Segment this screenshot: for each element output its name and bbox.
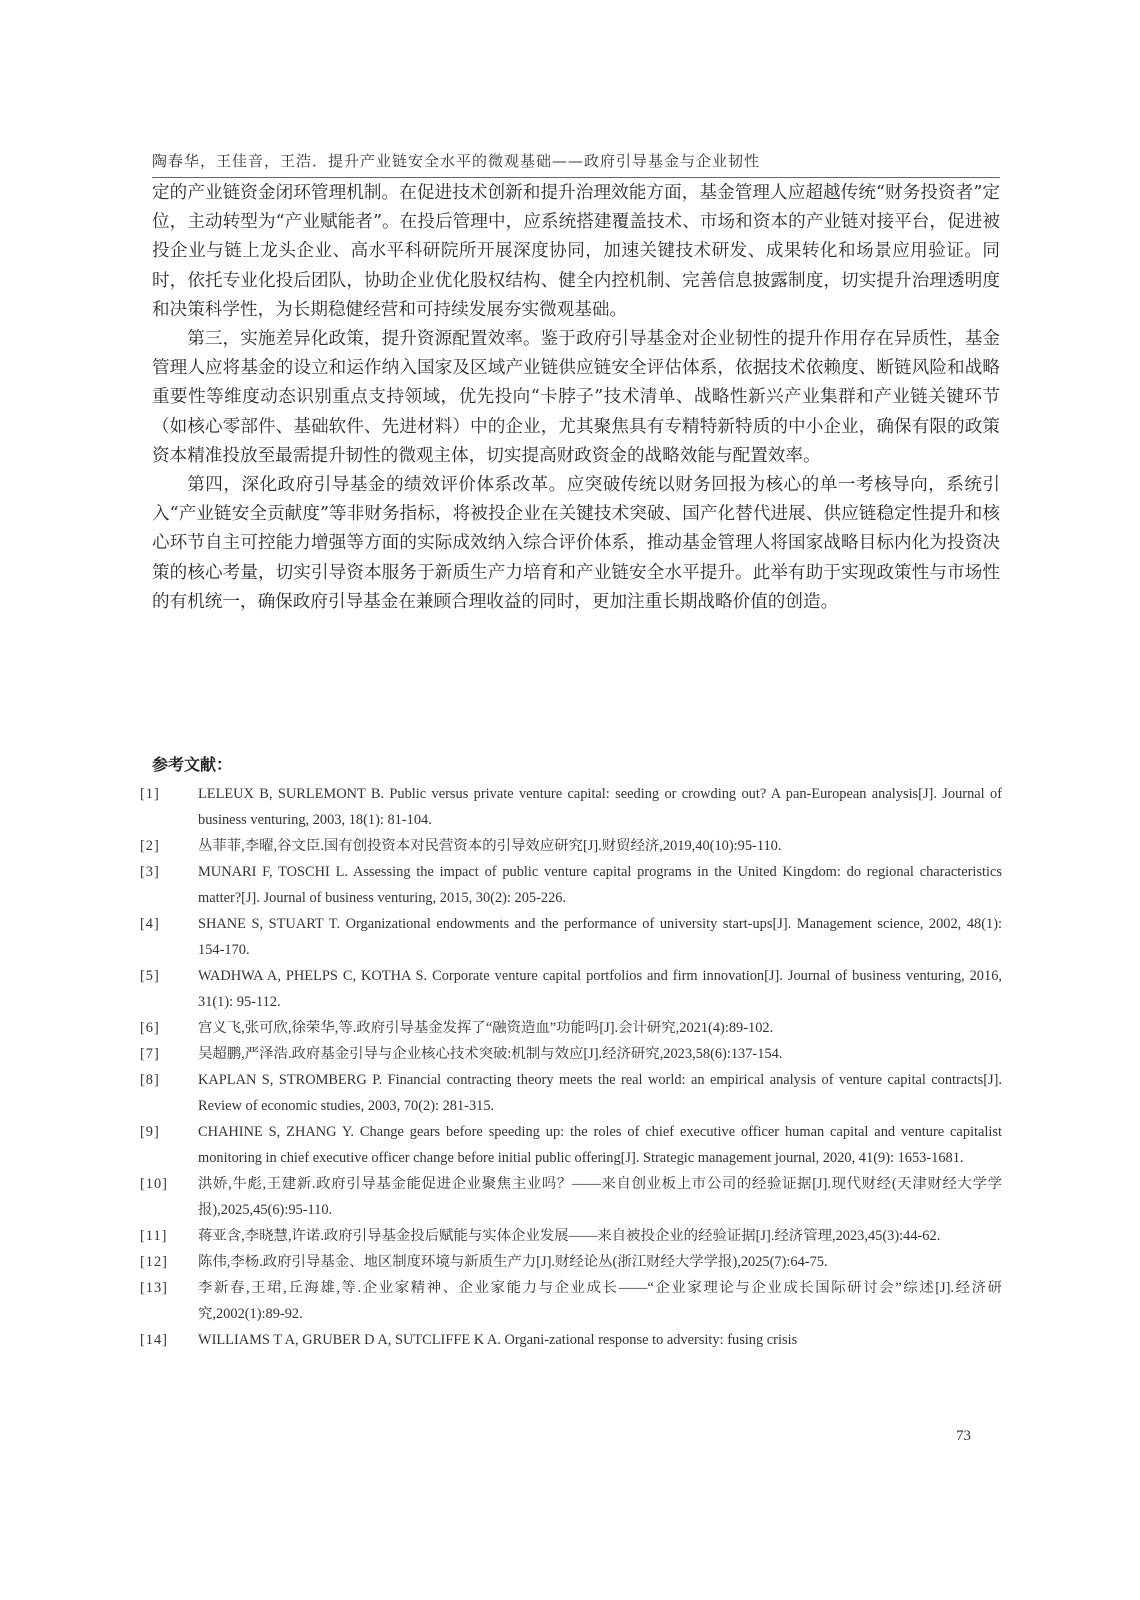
reference-text: 李新春,王珺,丘海雄,等.企业家精神、企业家能力与企业成长——“企业家理论与企业… bbox=[198, 1275, 1002, 1327]
reference-item: [7]吴超鹏,严泽浩.政府基金引导与企业核心技术突破:机制与效应[J].经济研究… bbox=[140, 1041, 1002, 1067]
document-page: 陶春华，王佳音，王浩．提升产业链安全水平的微观基础——政府引导基金与企业韧性 定… bbox=[0, 0, 1140, 1600]
reference-text: CHAHINE S, ZHANG Y. Change gears before … bbox=[198, 1119, 1002, 1171]
reference-number: [10] bbox=[140, 1171, 198, 1223]
reference-number: [14] bbox=[140, 1327, 198, 1353]
paragraph-continuation: 定的产业链资金闭环管理机制。在促进技术创新和提升治理效能方面，基金管理人应超越传… bbox=[152, 179, 1000, 325]
reference-item: [5]WADHWA A, PHELPS C, KOTHA S. Corporat… bbox=[140, 963, 1002, 1015]
reference-number: [12] bbox=[140, 1249, 198, 1275]
reference-number: [3] bbox=[140, 859, 198, 911]
reference-number: [5] bbox=[140, 963, 198, 1015]
running-header: 陶春华，王佳音，王浩．提升产业链安全水平的微观基础——政府引导基金与企业韧性 bbox=[152, 150, 1000, 178]
reference-item: [9]CHAHINE S, ZHANG Y. Change gears befo… bbox=[140, 1119, 1002, 1171]
paragraph-third-recommendation: 第三，实施差异化政策，提升资源配置效率。鉴于政府引导基金对企业韧性的提升作用存在… bbox=[152, 325, 1000, 471]
reference-number: [7] bbox=[140, 1041, 198, 1067]
reference-number: [9] bbox=[140, 1119, 198, 1171]
reference-text: LELEUX B, SURLEMONT B. Public versus pri… bbox=[198, 781, 1002, 833]
reference-number: [8] bbox=[140, 1067, 198, 1119]
reference-list: [1]LELEUX B, SURLEMONT B. Public versus … bbox=[140, 781, 1002, 1353]
reference-item: [3]MUNARI F, TOSCHI L. Assessing the imp… bbox=[140, 859, 1002, 911]
reference-text: WADHWA A, PHELPS C, KOTHA S. Corporate v… bbox=[198, 963, 1002, 1015]
reference-item: [1]LELEUX B, SURLEMONT B. Public versus … bbox=[140, 781, 1002, 833]
reference-text: 吴超鹏,严泽浩.政府基金引导与企业核心技术突破:机制与效应[J].经济研究,20… bbox=[198, 1041, 1002, 1067]
reference-text: 丛菲菲,李曜,谷文臣.国有创投资本对民营资本的引导效应研究[J].财贸经济,20… bbox=[198, 833, 1002, 859]
reference-number: [11] bbox=[140, 1223, 198, 1249]
reference-item: [4]SHANE S, STUART T. Organizational end… bbox=[140, 911, 1002, 963]
reference-text: MUNARI F, TOSCHI L. Assessing the impact… bbox=[198, 859, 1002, 911]
reference-item: [14]WILLIAMS T A, GRUBER D A, SUTCLIFFE … bbox=[140, 1327, 1002, 1353]
reference-number: [2] bbox=[140, 833, 198, 859]
reference-text: KAPLAN S, STROMBERG P. Financial contrac… bbox=[198, 1067, 1002, 1119]
reference-text: 宫义飞,张可欣,徐荣华,等.政府引导基金发挥了“融资造血”功能吗[J].会计研究… bbox=[198, 1015, 1002, 1041]
reference-number: [4] bbox=[140, 911, 198, 963]
reference-text: SHANE S, STUART T. Organizational endowm… bbox=[198, 911, 1002, 963]
reference-item: [6]宫义飞,张可欣,徐荣华,等.政府引导基金发挥了“融资造血”功能吗[J].会… bbox=[140, 1015, 1002, 1041]
paragraph-fourth-recommendation: 第四，深化政府引导基金的绩效评价体系改革。应突破传统以财务回报为核心的单一考核导… bbox=[152, 471, 1000, 617]
reference-text: 蒋亚含,李晓慧,许诺.政府引导基金投后赋能与实体企业发展——来自被投企业的经验证… bbox=[198, 1223, 1002, 1249]
page-number: 73 bbox=[956, 1428, 971, 1445]
reference-number: [13] bbox=[140, 1275, 198, 1327]
reference-item: [10]洪娇,牛彪,王建新.政府引导基金能促进企业聚焦主业吗？——来自创业板上市… bbox=[140, 1171, 1002, 1223]
reference-number: [1] bbox=[140, 781, 198, 833]
reference-number: [6] bbox=[140, 1015, 198, 1041]
body-text: 定的产业链资金闭环管理机制。在促进技术创新和提升治理效能方面，基金管理人应超越传… bbox=[152, 179, 1000, 617]
reference-item: [11]蒋亚含,李晓慧,许诺.政府引导基金投后赋能与实体企业发展——来自被投企业… bbox=[140, 1223, 1002, 1249]
reference-item: [8]KAPLAN S, STROMBERG P. Financial cont… bbox=[140, 1067, 1002, 1119]
reference-text: WILLIAMS T A, GRUBER D A, SUTCLIFFE K A.… bbox=[198, 1327, 1002, 1353]
reference-item: [2]丛菲菲,李曜,谷文臣.国有创投资本对民营资本的引导效应研究[J].财贸经济… bbox=[140, 833, 1002, 859]
reference-item: [12]陈伟,李杨.政府引导基金、地区制度环境与新质生产力[J].财经论丛(浙江… bbox=[140, 1249, 1002, 1275]
reference-item: [13]李新春,王珺,丘海雄,等.企业家精神、企业家能力与企业成长——“企业家理… bbox=[140, 1275, 1002, 1327]
references-heading: 参考文献： bbox=[152, 752, 232, 775]
reference-text: 陈伟,李杨.政府引导基金、地区制度环境与新质生产力[J].财经论丛(浙江财经大学… bbox=[198, 1249, 1002, 1275]
reference-text: 洪娇,牛彪,王建新.政府引导基金能促进企业聚焦主业吗？——来自创业板上市公司的经… bbox=[198, 1171, 1002, 1223]
